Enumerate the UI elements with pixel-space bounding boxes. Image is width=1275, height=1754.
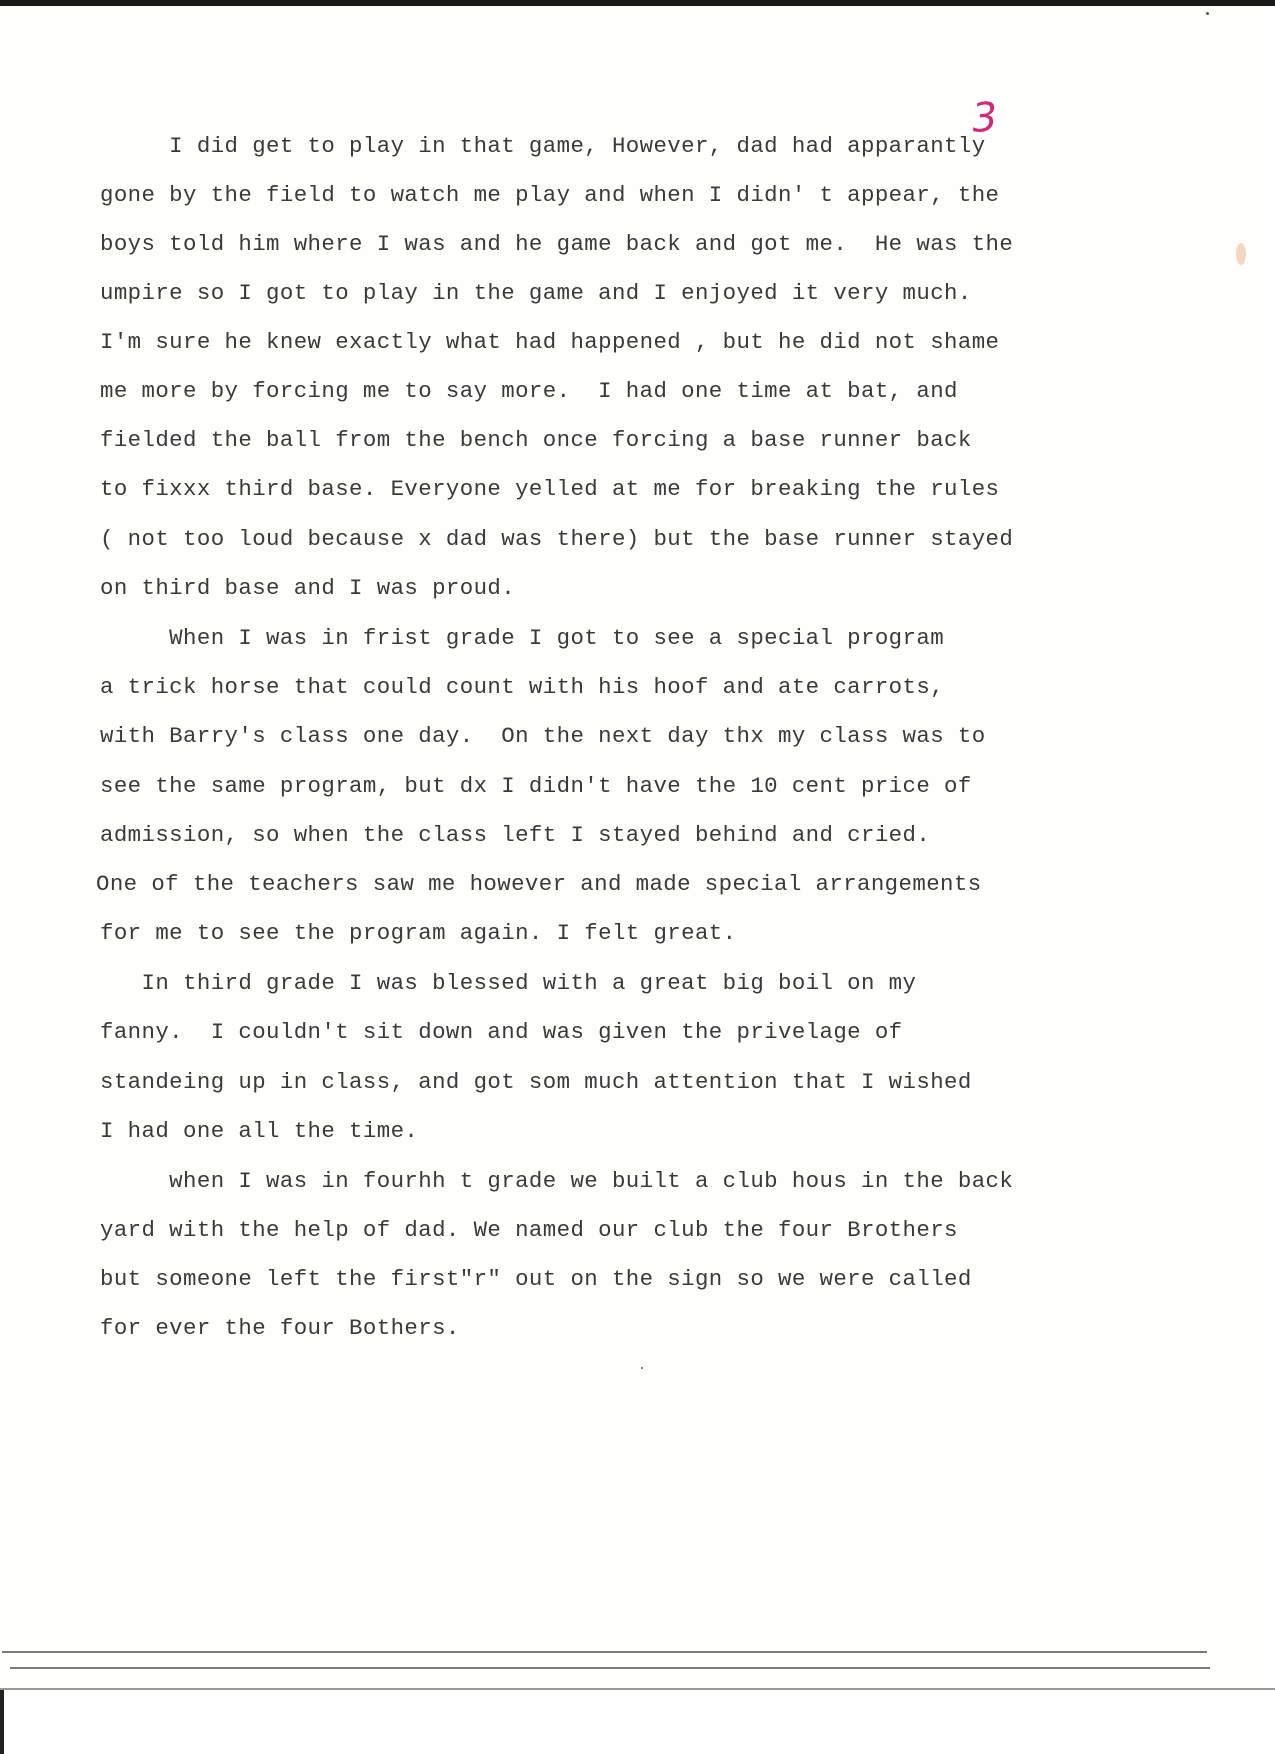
text-line: I had one all the time. <box>100 1120 418 1142</box>
typewritten-page <box>0 6 1262 1690</box>
text-line: but someone left the first"r" out on the… <box>100 1268 972 1290</box>
scan-speck <box>641 1367 643 1369</box>
text-line: for ever the four Bothers. <box>100 1317 460 1339</box>
text-line: to fixxx third base. Everyone yelled at … <box>100 478 999 500</box>
text-line: I'm sure he knew exactly what had happen… <box>100 331 999 353</box>
text-line: gone by the field to watch me play and w… <box>100 184 999 206</box>
text-line: One of the teachers saw me however and m… <box>96 873 982 895</box>
text-line: for me to see the program again. I felt … <box>100 922 736 944</box>
text-line: fielded the ball from the bench once for… <box>100 429 972 451</box>
text-line: with Barry's class one day. On the next … <box>100 725 986 747</box>
text-line: a trick horse that could count with his … <box>100 676 944 698</box>
text-line: boys told him where I was and he game ba… <box>100 233 1013 255</box>
paper-bottom-edge <box>0 1688 1275 1690</box>
text-line: yard with the help of dad. We named our … <box>100 1219 958 1241</box>
text-line: ( not too loud because x dad was there) … <box>100 528 1013 550</box>
text-line: In third grade I was blessed with a grea… <box>100 972 916 994</box>
text-line: see the same program, but dx I didn't ha… <box>100 775 972 797</box>
text-line: me more by forcing me to say more. I had… <box>100 380 958 402</box>
text-line: on third base and I was proud. <box>100 577 515 599</box>
text-line: umpire so I got to play in the game and … <box>100 282 972 304</box>
paper-stain <box>1236 243 1246 265</box>
scan-speck <box>1206 12 1209 15</box>
paper-edge-line <box>10 1667 1210 1669</box>
text-line: when I was in fourhh t grade we built a … <box>100 1170 1013 1192</box>
paper-edge-line <box>2 1651 1207 1653</box>
text-line: standeing up in class, and got som much … <box>100 1071 972 1093</box>
text-line: When I was in frist grade I got to see a… <box>100 627 944 649</box>
text-line: I did get to play in that game, However,… <box>100 135 986 157</box>
text-line: admission, so when the class left I stay… <box>100 824 930 846</box>
scan-left-edge <box>0 1690 4 1754</box>
text-line: fanny. I couldn't sit down and was given… <box>100 1021 903 1043</box>
